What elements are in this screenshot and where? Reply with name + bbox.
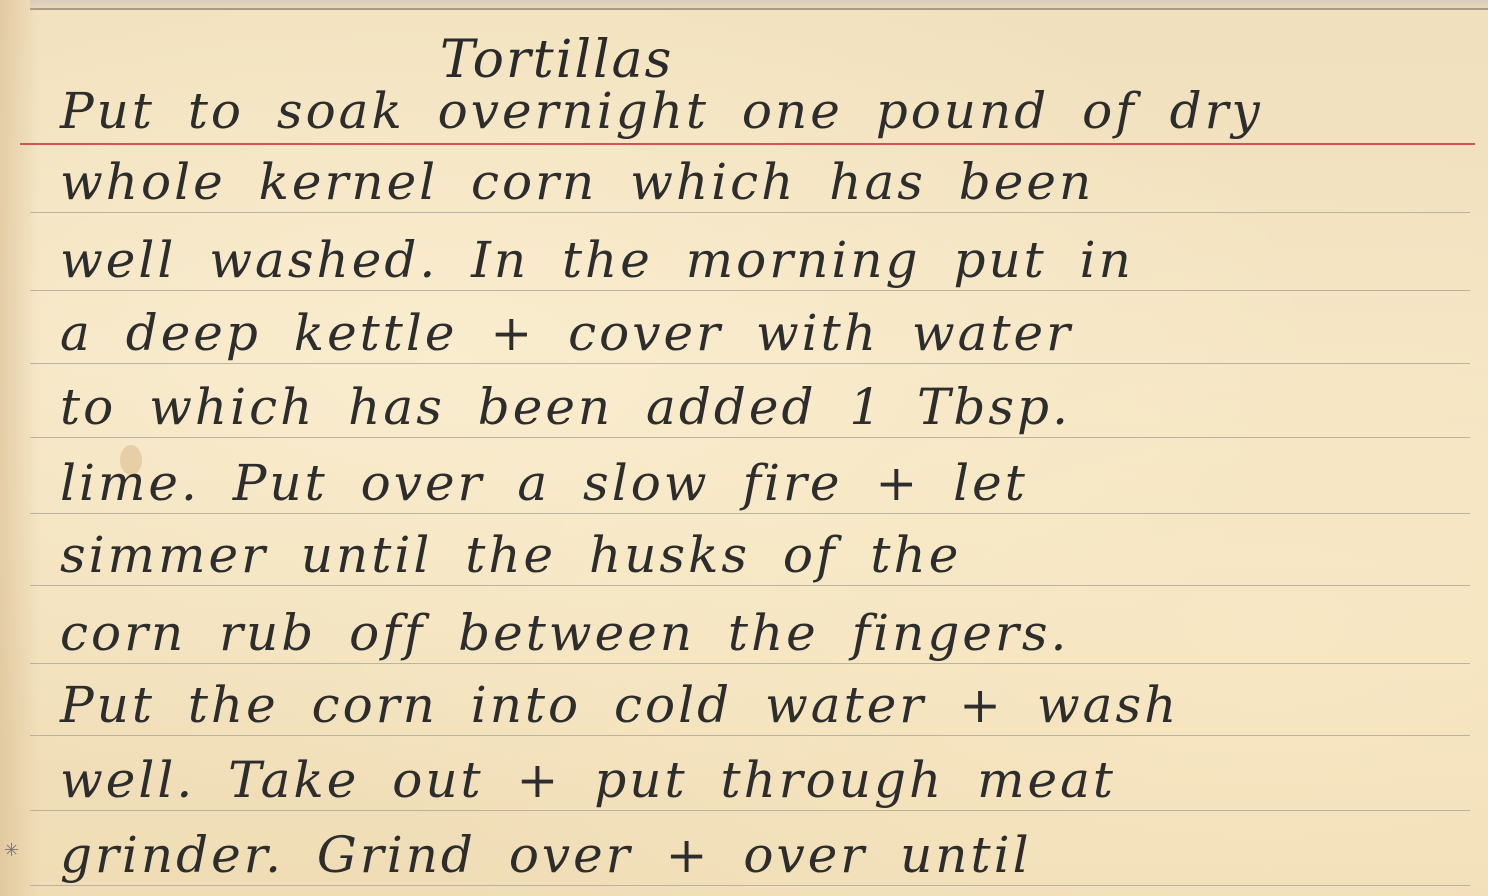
recipe-line: grinder. Grind over + over until (60, 826, 1032, 884)
recipe-line: Put the corn into cold water + wash (60, 676, 1179, 734)
recipe-line: well washed. In the morning put in (60, 231, 1134, 289)
header-red-rule (20, 143, 1475, 145)
ruled-line (30, 437, 1470, 438)
recipe-line: lime. Put over a slow fire + let (60, 454, 1028, 512)
card-left-shadow (0, 0, 40, 896)
recipe-card: ✳ Tortillas Put to soak overnight one po… (0, 0, 1488, 896)
recipe-line: Put to soak overnight one pound of dry (60, 82, 1263, 140)
recipe-line: corn rub off between the fingers. (60, 604, 1069, 662)
recipe-title: Tortillas (440, 30, 673, 90)
ruled-line (30, 290, 1470, 291)
ruled-line (30, 885, 1470, 886)
ruled-line (30, 810, 1470, 811)
recipe-line: whole kernel corn which has been (60, 153, 1094, 211)
ruled-line (30, 735, 1470, 736)
edge-mark: ✳ (4, 840, 19, 861)
ruled-line (30, 212, 1470, 213)
ruled-line (30, 585, 1470, 586)
recipe-line: a deep kettle + cover with water (60, 304, 1073, 362)
ruled-line (30, 363, 1470, 364)
ruled-line (30, 663, 1470, 664)
ruled-line (30, 513, 1470, 514)
recipe-line: simmer until the husks of the (60, 526, 961, 584)
card-top-edge (30, 0, 1488, 10)
recipe-line: well. Take out + put through meat (60, 751, 1116, 809)
recipe-line: to which has been added 1 Tbsp. (60, 378, 1071, 436)
